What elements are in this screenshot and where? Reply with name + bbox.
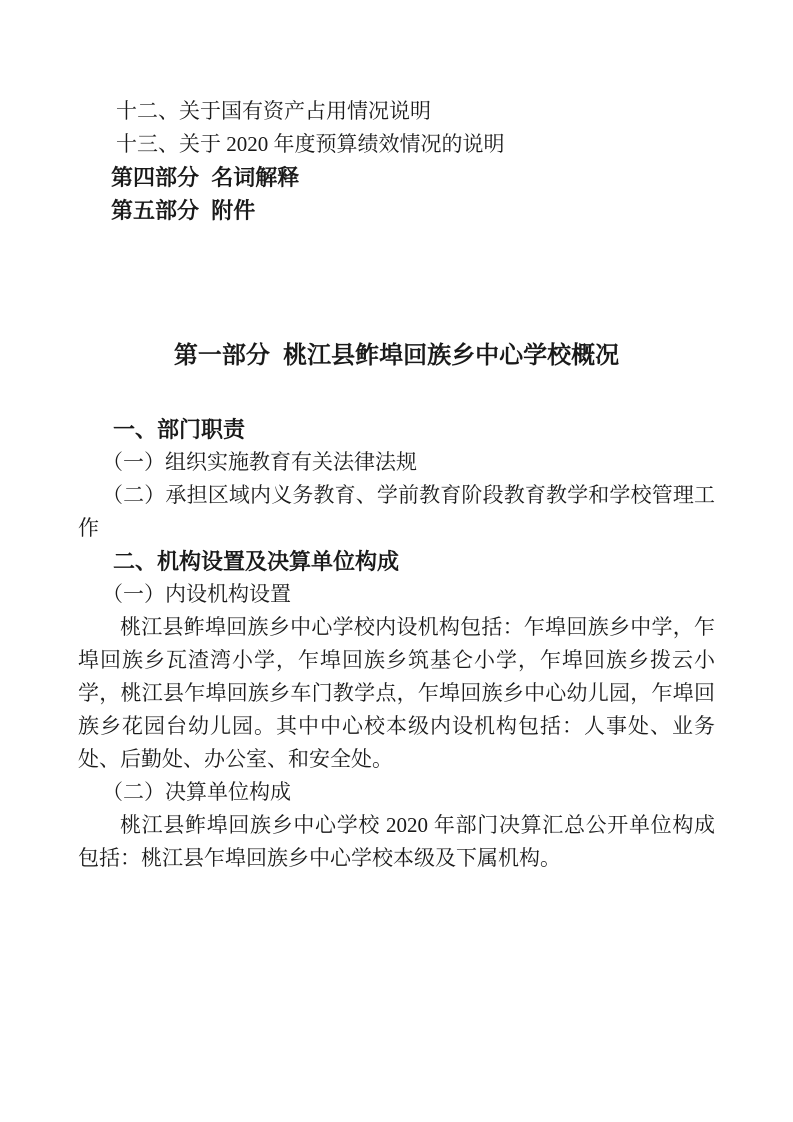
document-content: 十二、关于国有资产占用情况说明 十三、关于 2020 年度预算绩效情况的说明 第… [78, 0, 715, 875]
paragraph-final-accounts-units: 桃江县鲊埠回族乡中心学校 2020 年部门决算汇总公开单位构成包括：桃江县乍埠回… [78, 809, 715, 875]
vertical-spacer [78, 227, 715, 336]
section-title: 第一部分 桃江县鲊埠回族乡中心学校概况 [78, 336, 715, 376]
toc-item-13: 十三、关于 2020 年度预算绩效情况的说明 [78, 128, 715, 161]
subitem-final-accounts-units: （二）决算单位构成 [78, 776, 715, 809]
toc-part4-header: 第四部分 名词解释 [78, 161, 715, 194]
toc-part5-header: 第五部分 附件 [78, 194, 715, 227]
duty-item-2: （二）承担区域内义务教育、学前教育阶段教育教学和学校管理工作 [78, 479, 715, 545]
paragraph-internal-organizations: 桃江县鲊埠回族乡中心学校内设机构包括：乍埠回族乡中学，乍埠回族乡瓦渣湾小学，乍埠… [78, 611, 715, 776]
document-page: 十二、关于国有资产占用情况说明 十三、关于 2020 年度预算绩效情况的说明 第… [0, 0, 793, 1122]
toc-item-12: 十二、关于国有资产占用情况说明 [78, 95, 715, 128]
heading-department-duties: 一、部门职责 [78, 413, 715, 446]
vertical-spacer [78, 376, 715, 413]
duty-item-1: （一）组织实施教育有关法律法规 [78, 446, 715, 479]
subitem-internal-setup: （一）内设机构设置 [78, 578, 715, 611]
heading-organization-structure: 二、机构设置及决算单位构成 [78, 545, 715, 578]
